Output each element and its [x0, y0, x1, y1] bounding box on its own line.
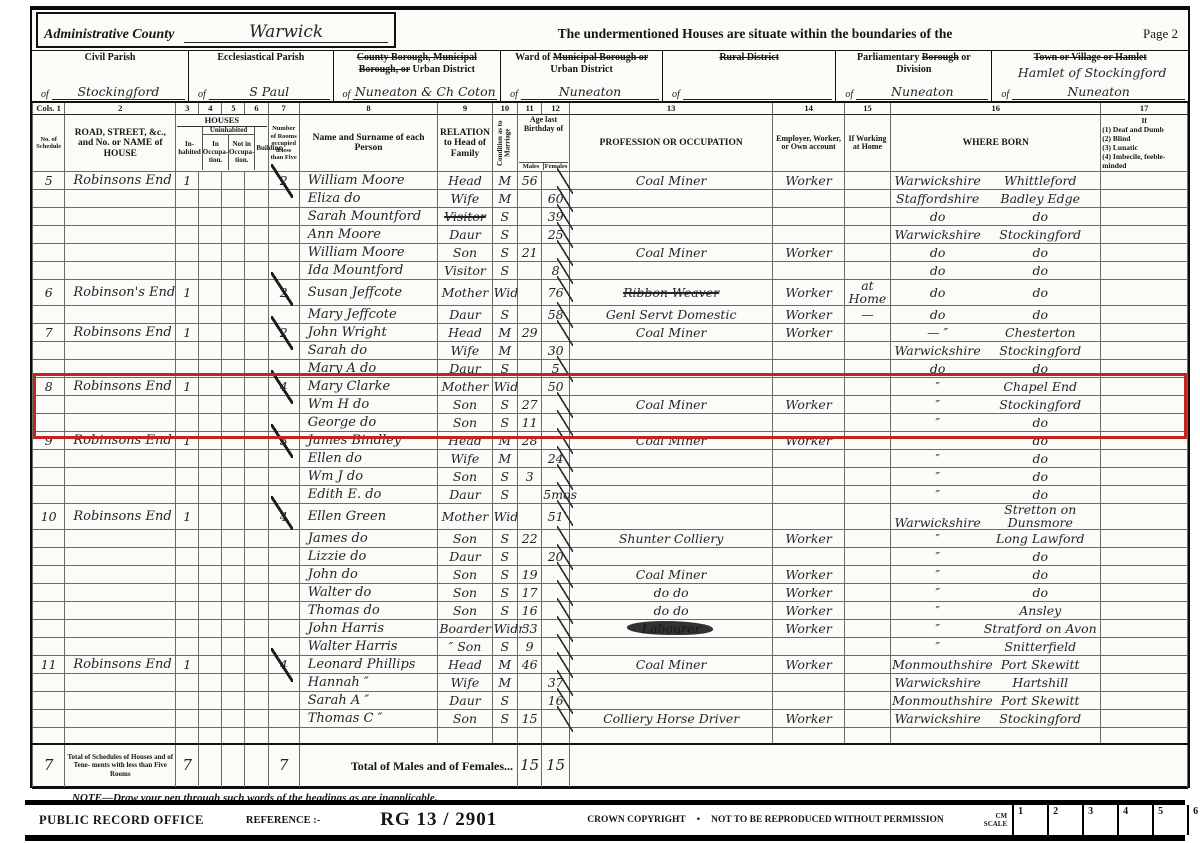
cell-where-born: WarwickshireStockingford — [891, 226, 1101, 244]
cell-age-female: 39 — [542, 208, 570, 226]
cell-building — [245, 548, 268, 566]
cell-rooms — [268, 602, 299, 620]
cell-rooms — [268, 710, 299, 728]
cell-uninhabited-occ — [199, 262, 222, 280]
cell-rooms — [268, 208, 299, 226]
cell-employer: Worker — [773, 172, 845, 190]
cell-inhabited: 1 — [176, 432, 199, 450]
cell-building — [245, 208, 268, 226]
cell-at-home — [844, 656, 890, 674]
cell-schedule-no — [33, 226, 65, 244]
cell-age-female — [542, 602, 570, 620]
cell-person-name: Mary A do — [299, 360, 438, 378]
born-place: do — [983, 417, 1097, 430]
district-value-line: ofNuneaton — [504, 84, 659, 100]
cm-label: CM — [984, 812, 1007, 820]
cell-relation: Son — [438, 602, 492, 620]
cell-uninhabited-not — [222, 342, 245, 360]
cell-employer: Worker — [773, 566, 845, 584]
cell-rooms — [268, 674, 299, 692]
cell-rooms — [268, 486, 299, 504]
district-value-line: ofNuneaton — [995, 84, 1185, 100]
cell-inhabited — [176, 548, 199, 566]
cell-uninhabited-occ — [199, 226, 222, 244]
born-place: Port Skewitt — [983, 659, 1097, 672]
district-value-line: ofNuneaton & Ch Coton — [337, 84, 498, 100]
cell-employer: Worker — [773, 710, 845, 728]
cell-employer — [773, 548, 845, 566]
cell-inhabited — [176, 710, 199, 728]
cell-condition: S — [492, 226, 517, 244]
cell-schedule-no — [33, 548, 65, 566]
cell-where-born: dodo — [891, 262, 1101, 280]
born-county: ″ — [892, 471, 983, 484]
cell-building — [245, 468, 268, 486]
person-row: 7Robinsons End12John WrightHeadM29Coal M… — [33, 324, 1188, 342]
cell-address — [65, 468, 176, 486]
district-label: Rural District — [666, 52, 832, 64]
cell-age-male — [518, 360, 542, 378]
cell-schedule-no — [33, 602, 65, 620]
infirmity-item: (3) Lunatic — [1102, 143, 1186, 152]
born-place: do — [983, 453, 1097, 466]
cell-condition: Widr — [492, 620, 517, 638]
cell-infirmity — [1101, 190, 1188, 208]
cell-at-home — [844, 602, 890, 620]
cell-relation: Son — [438, 244, 492, 262]
cell-uninhabited-not — [222, 710, 245, 728]
cell-address — [65, 306, 176, 324]
infirmity-item: (4) Imbecile, feeble-minded — [1102, 152, 1186, 170]
cell-employer — [773, 190, 845, 208]
cell-employer: Worker — [773, 620, 845, 638]
col-number-8: 8 — [299, 102, 438, 115]
born-place: Ansley — [983, 605, 1097, 618]
cell-building — [245, 414, 268, 432]
cell-relation: Daur — [438, 486, 492, 504]
column-headers-row: No. of Schedule ROAD, STREET, &c., and N… — [33, 115, 1188, 172]
cell-infirmity — [1101, 208, 1188, 226]
cell-uninhabited-occ — [199, 548, 222, 566]
cell-condition: S — [492, 692, 517, 710]
cell-condition: S — [492, 566, 517, 584]
cell-employer — [773, 674, 845, 692]
born-place: do — [983, 471, 1097, 484]
header-infirmity: If (1) Deaf and Dumb(2) Blind(3) Lunatic… — [1101, 115, 1188, 172]
col-number-13: 13 — [570, 102, 773, 115]
cell-relation: Wife — [438, 342, 492, 360]
blank-cell — [222, 728, 245, 744]
cell-uninhabited-not — [222, 566, 245, 584]
cell-uninhabited-occ — [199, 530, 222, 548]
cell-occupation — [570, 486, 773, 504]
total-females: 15 — [542, 744, 570, 788]
totals-section: 7 Total of Schedules of Houses and of Te… — [33, 744, 1188, 788]
cell-where-born: WarwickshireHartshill — [891, 674, 1101, 692]
cell-age-male: 16 — [518, 602, 542, 620]
cell-building — [245, 280, 268, 306]
person-row: Wm H doSonS27Coal MinerWorker″Stockingfo… — [33, 396, 1188, 414]
total-males: 15 — [518, 744, 542, 788]
cell-relation: Daur — [438, 692, 492, 710]
district-box-6: Parliamentary Borough or DivisionofNunea… — [835, 51, 991, 101]
cell-relation: Son — [438, 414, 492, 432]
cell-address — [65, 638, 176, 656]
person-row: Sarah MountfordVisitorS39dodo — [33, 208, 1188, 226]
cell-where-born: ″Chapel End — [891, 378, 1101, 396]
cell-at-home — [844, 396, 890, 414]
cell-occupation — [570, 468, 773, 486]
born-county: ″ — [892, 551, 983, 564]
cell-uninhabited-not — [222, 602, 245, 620]
cell-uninhabited-not — [222, 530, 245, 548]
born-county: ″ — [892, 453, 983, 466]
cell-employer: Worker — [773, 584, 845, 602]
cell-age-male — [518, 190, 542, 208]
cell-infirmity — [1101, 324, 1188, 342]
cell-where-born: dodo — [891, 306, 1101, 324]
header-males: Males — [519, 163, 543, 170]
cell-condition: Wid — [492, 504, 517, 530]
cell-person-name: Edith E. do — [299, 486, 438, 504]
cell-infirmity — [1101, 530, 1188, 548]
cell-employer — [773, 226, 845, 244]
cell-at-home — [844, 360, 890, 378]
cell-uninhabited-not — [222, 414, 245, 432]
cell-relation: Boarder — [438, 620, 492, 638]
of-label: of — [343, 89, 351, 100]
cell-age-male: 56 — [518, 172, 542, 190]
cell-schedule-no: 10 — [33, 504, 65, 530]
cell-at-home — [844, 674, 890, 692]
cell-age-female: 30 — [542, 342, 570, 360]
cell-where-born: ″Long Lawford — [891, 530, 1101, 548]
cell-age-female: 60 — [542, 190, 570, 208]
born-county: ″ — [892, 533, 983, 546]
page-header: Administrative County Warwick The underm… — [32, 10, 1188, 50]
cell-relation: Visitor — [438, 208, 492, 226]
cell-employer — [773, 414, 845, 432]
cell-schedule-no: 6 — [33, 280, 65, 306]
born-county: ″ — [892, 641, 983, 654]
born-place: Stretton on Dunsmore — [983, 504, 1097, 529]
label-plain: Ward of — [515, 52, 553, 63]
cell-at-home — [844, 342, 890, 360]
cell-occupation — [570, 638, 773, 656]
blank-cell — [542, 728, 570, 744]
born-place: Long Lawford — [983, 533, 1097, 546]
cell-building — [245, 504, 268, 530]
cell-person-name: Walter Harris — [299, 638, 438, 656]
col-number-7: 7 — [268, 102, 299, 115]
born-place: Port Skewitt — [983, 695, 1097, 708]
cell-inhabited — [176, 226, 199, 244]
born-county: Warwickshire — [892, 175, 983, 188]
cell-where-born: ″Ansley — [891, 602, 1101, 620]
admin-county-label: Administrative County — [44, 27, 174, 43]
cell-infirmity — [1101, 674, 1188, 692]
pro-footer-bar: PUBLIC RECORD OFFICE REFERENCE :- RG 13 … — [25, 800, 1185, 841]
cell-uninhabited-not — [222, 280, 245, 306]
cell-infirmity — [1101, 548, 1188, 566]
cell-schedule-no — [33, 530, 65, 548]
cell-uninhabited-occ — [199, 324, 222, 342]
cell-uninhabited-occ — [199, 360, 222, 378]
header-age: Age last Birthday of Males Females — [518, 115, 570, 172]
cell-age-male — [518, 450, 542, 468]
cell-at-home — [844, 620, 890, 638]
cell-age-female — [542, 656, 570, 674]
condition-rotated-label: Condition as to Marriage — [497, 119, 512, 167]
cell-person-name: George do — [299, 414, 438, 432]
cell-person-name: Leonard Phillips — [299, 656, 438, 674]
cell-age-female — [542, 638, 570, 656]
cell-infirmity — [1101, 620, 1188, 638]
cell-rooms — [268, 468, 299, 486]
person-row: Lizzie doDaurS20″do — [33, 548, 1188, 566]
cell-occupation — [570, 450, 773, 468]
born-place: Whittleford — [983, 175, 1097, 188]
cell-rooms — [268, 530, 299, 548]
cell-uninhabited-occ — [199, 486, 222, 504]
cell-employer — [773, 468, 845, 486]
cell-person-name: William Moore — [299, 172, 438, 190]
cell-address: Robinsons End — [65, 432, 176, 450]
cell-person-name: William Moore — [299, 244, 438, 262]
cell-age-female — [542, 324, 570, 342]
born-county: do — [892, 287, 983, 300]
cell-age-male: 33 — [518, 620, 542, 638]
cell-uninhabited-not — [222, 324, 245, 342]
cell-at-home — [844, 566, 890, 584]
cell-rooms — [268, 190, 299, 208]
cell-condition: S — [492, 584, 517, 602]
cell-where-born: MonmouthshirePort Skewitt — [891, 656, 1101, 674]
cell-address: Robinsons End — [65, 172, 176, 190]
reference-label: REFERENCE :- — [246, 815, 320, 826]
header-houses: HOUSES In-habited Uninhabited In Occupa-… — [176, 115, 268, 172]
col-number-6: 6 — [245, 102, 268, 115]
cell-infirmity — [1101, 584, 1188, 602]
cell-employer: Worker — [773, 432, 845, 450]
cell-relation: Daur — [438, 548, 492, 566]
cell-age-female — [542, 710, 570, 728]
cell-relation: Wife — [438, 674, 492, 692]
cell-address — [65, 548, 176, 566]
cell-building — [245, 602, 268, 620]
cell-schedule-no — [33, 208, 65, 226]
cell-employer: Worker — [773, 396, 845, 414]
born-county: do — [892, 265, 983, 278]
cell-building — [245, 360, 268, 378]
cell-schedule-no — [33, 710, 65, 728]
cell-address: Robinsons End — [65, 504, 176, 530]
born-county: Warwickshire — [892, 677, 983, 690]
cell-occupation: Coal Miner — [570, 656, 773, 674]
public-record-office-label: PUBLIC RECORD OFFICE — [39, 813, 204, 828]
col-number-4: 4 — [199, 102, 222, 115]
cell-employer — [773, 208, 845, 226]
cell-condition: S — [492, 468, 517, 486]
total-rooms: 7 — [268, 744, 299, 788]
cell-age-female: 76 — [542, 280, 570, 306]
cell-rooms — [268, 692, 299, 710]
cell-occupation — [570, 674, 773, 692]
cell-building — [245, 656, 268, 674]
cell-rooms — [268, 450, 299, 468]
cell-person-name: Ellen do — [299, 450, 438, 468]
col-number-10: 10 — [492, 102, 517, 115]
cell-uninhabited-not — [222, 584, 245, 602]
cell-relation: Mother — [438, 504, 492, 530]
cell-schedule-no — [33, 244, 65, 262]
cell-person-name: James do — [299, 530, 438, 548]
cell-building — [245, 172, 268, 190]
cell-schedule-no: 7 — [33, 324, 65, 342]
col-number-3: 3 — [176, 102, 199, 115]
cell-address — [65, 226, 176, 244]
ruler-cell-3: 3 — [1082, 805, 1117, 835]
person-row: John HarrisBoarderWidr33LabourerWorker″S… — [33, 620, 1188, 638]
cell-uninhabited-not — [222, 692, 245, 710]
cell-age-female: 51 — [542, 504, 570, 530]
cell-uninhabited-not — [222, 378, 245, 396]
district-value-line: ofNuneaton — [839, 84, 988, 100]
header-employer: Employer, Worker, or Own account — [773, 115, 845, 172]
cell-uninhabited-not — [222, 432, 245, 450]
cell-uninhabited-occ — [199, 208, 222, 226]
cell-occupation — [570, 692, 773, 710]
cell-uninhabited-occ — [199, 638, 222, 656]
cell-rooms: 4 — [268, 504, 299, 530]
born-county: ″ — [892, 381, 983, 394]
district-value: Nuneaton — [856, 84, 988, 100]
district-box-7: Town or Village or HamletHamlet of Stock… — [991, 51, 1188, 101]
cell-inhabited: 1 — [176, 280, 199, 306]
cell-uninhabited-not — [222, 172, 245, 190]
cell-where-born: dodo — [891, 208, 1101, 226]
cell-uninhabited-not — [222, 244, 245, 262]
cell-condition: Wid — [492, 280, 517, 306]
cell-infirmity — [1101, 342, 1188, 360]
cell-where-born: ″Stockingford — [891, 396, 1101, 414]
cell-age-male: 17 — [518, 584, 542, 602]
cell-rooms: 4 — [268, 378, 299, 396]
cell-at-home — [844, 468, 890, 486]
cell-at-home — [844, 414, 890, 432]
cell-uninhabited-not — [222, 620, 245, 638]
cell-occupation: Shunter Colliery — [570, 530, 773, 548]
cell-employer: Worker — [773, 530, 845, 548]
cell-occupation: do do — [570, 584, 773, 602]
cell-at-home: at Home — [844, 280, 890, 306]
cell-rooms: 4 — [268, 656, 299, 674]
header-where-born: WHERE BORN — [891, 115, 1101, 172]
cell-person-name: Wm J do — [299, 468, 438, 486]
cell-age-male: 29 — [518, 324, 542, 342]
label-plain: Urban District — [550, 64, 613, 75]
person-row: James doSonS22Shunter CollieryWorker″Lon… — [33, 530, 1188, 548]
blank-cell — [65, 728, 176, 744]
cell-relation: Daur — [438, 306, 492, 324]
cell-age-female: 50 — [542, 378, 570, 396]
cell-schedule-no — [33, 190, 65, 208]
cell-occupation — [570, 208, 773, 226]
cell-rooms — [268, 360, 299, 378]
cell-at-home — [844, 190, 890, 208]
cell-person-name: James Bindley — [299, 432, 438, 450]
cell-uninhabited-occ — [199, 566, 222, 584]
cell-uninhabited-not — [222, 208, 245, 226]
born-county: ″ — [892, 435, 983, 448]
cell-schedule-no — [33, 620, 65, 638]
cell-inhabited — [176, 360, 199, 378]
cell-relation: Head — [438, 432, 492, 450]
cell-rooms — [268, 414, 299, 432]
person-row: Hannah ″WifeM37WarwickshireHartshill — [33, 674, 1188, 692]
cell-uninhabited-not — [222, 548, 245, 566]
census-table: Cols. 1234567891011121314151617 No. of S… — [32, 101, 1188, 789]
cell-infirmity — [1101, 396, 1188, 414]
cell-schedule-no — [33, 306, 65, 324]
blank-cell — [438, 728, 492, 744]
cell-condition: M — [492, 172, 517, 190]
cell-schedule-no: 11 — [33, 656, 65, 674]
infirmity-item: (2) Blind — [1102, 134, 1186, 143]
born-place: do — [983, 587, 1097, 600]
cell-inhabited — [176, 342, 199, 360]
cell-infirmity — [1101, 378, 1188, 396]
district-boxes: Civil ParishofStockingford Ecclesiastica… — [32, 50, 1188, 101]
cell-occupation: do do — [570, 602, 773, 620]
born-place: Hartshill — [983, 677, 1097, 690]
of-label: of — [1001, 89, 1009, 100]
blank-cell — [245, 728, 268, 744]
cell-at-home — [844, 692, 890, 710]
cell-inhabited — [176, 396, 199, 414]
person-row: Thomas doSonS16do doWorker″Ansley — [33, 602, 1188, 620]
cell-inhabited — [176, 602, 199, 620]
cell-relation: Mother — [438, 280, 492, 306]
born-county: ″ — [892, 417, 983, 430]
cell-age-male — [518, 486, 542, 504]
cell-infirmity — [1101, 602, 1188, 620]
district-label: County Borough, Municipal Borough, or Ur… — [337, 52, 498, 75]
cell-infirmity — [1101, 360, 1188, 378]
cell-relation: Head — [438, 324, 492, 342]
ruler-cell-2: 2 — [1047, 805, 1082, 835]
cell-uninhabited-occ — [199, 504, 222, 530]
cell-uninhabited-occ — [199, 602, 222, 620]
cell-schedule-no — [33, 414, 65, 432]
cell-condition: S — [492, 638, 517, 656]
cell-at-home — [844, 208, 890, 226]
cell-address — [65, 208, 176, 226]
cell-relation: Head — [438, 172, 492, 190]
blank-cell — [570, 728, 773, 744]
cell-age-female: 37 — [542, 674, 570, 692]
cell-building — [245, 674, 268, 692]
cell-uninhabited-occ — [199, 710, 222, 728]
cell-uninhabited-occ — [199, 244, 222, 262]
label-plain: Parliamentary — [857, 52, 922, 63]
cell-building — [245, 324, 268, 342]
cell-employer — [773, 504, 845, 530]
blank-cell — [844, 728, 890, 744]
label-struck: Rural District — [719, 52, 779, 63]
person-row: Ellen doWifeM24″do — [33, 450, 1188, 468]
cell-condition: S — [492, 360, 517, 378]
